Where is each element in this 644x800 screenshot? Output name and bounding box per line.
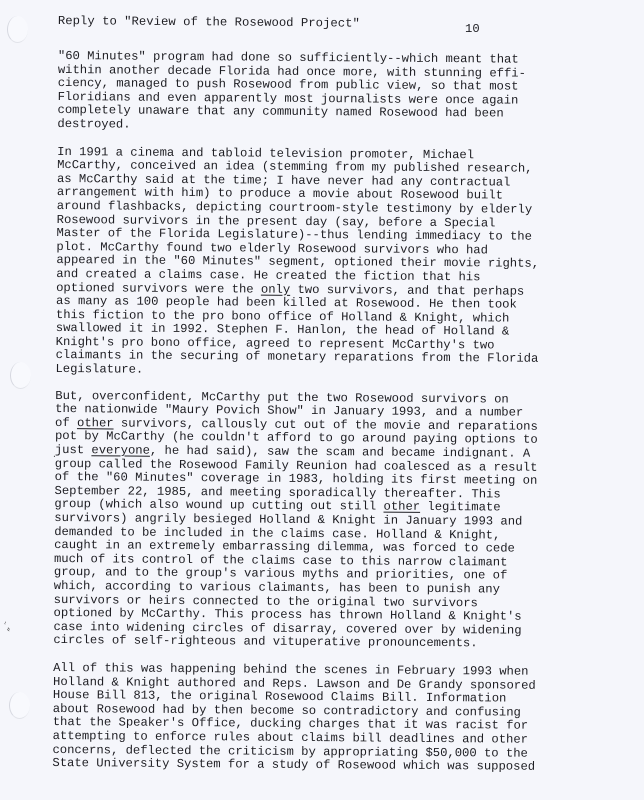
stray-mark: . bbox=[52, 451, 57, 460]
margin-annotation: „˜ bbox=[2, 620, 14, 632]
paragraph-1: "60 Minutes" program had done so suffici… bbox=[57, 50, 638, 136]
page-number: 10 bbox=[465, 22, 480, 36]
paragraph-4: All of this was happening behind the sce… bbox=[52, 662, 633, 775]
underlined-emphasis: other bbox=[77, 416, 114, 430]
scanned-page: Reply to "Review of the Rosewood Project… bbox=[0, 0, 644, 800]
paragraph-2: In 1991 a cinema and tabloid television … bbox=[55, 146, 637, 382]
punch-hole-bottom bbox=[9, 692, 30, 719]
page-header: Reply to "Review of the Rosewood Project… bbox=[58, 14, 360, 31]
underlined-emphasis: other bbox=[383, 500, 420, 514]
underlined-emphasis: only bbox=[261, 282, 290, 296]
underlined-emphasis: everyone bbox=[91, 443, 150, 457]
paragraph-3: But, overconfident, McCarthy put the two… bbox=[53, 390, 635, 653]
document-body: "60 Minutes" program had done so suffici… bbox=[52, 50, 638, 789]
punch-hole-top bbox=[7, 16, 28, 43]
punch-hole-middle bbox=[10, 362, 31, 389]
